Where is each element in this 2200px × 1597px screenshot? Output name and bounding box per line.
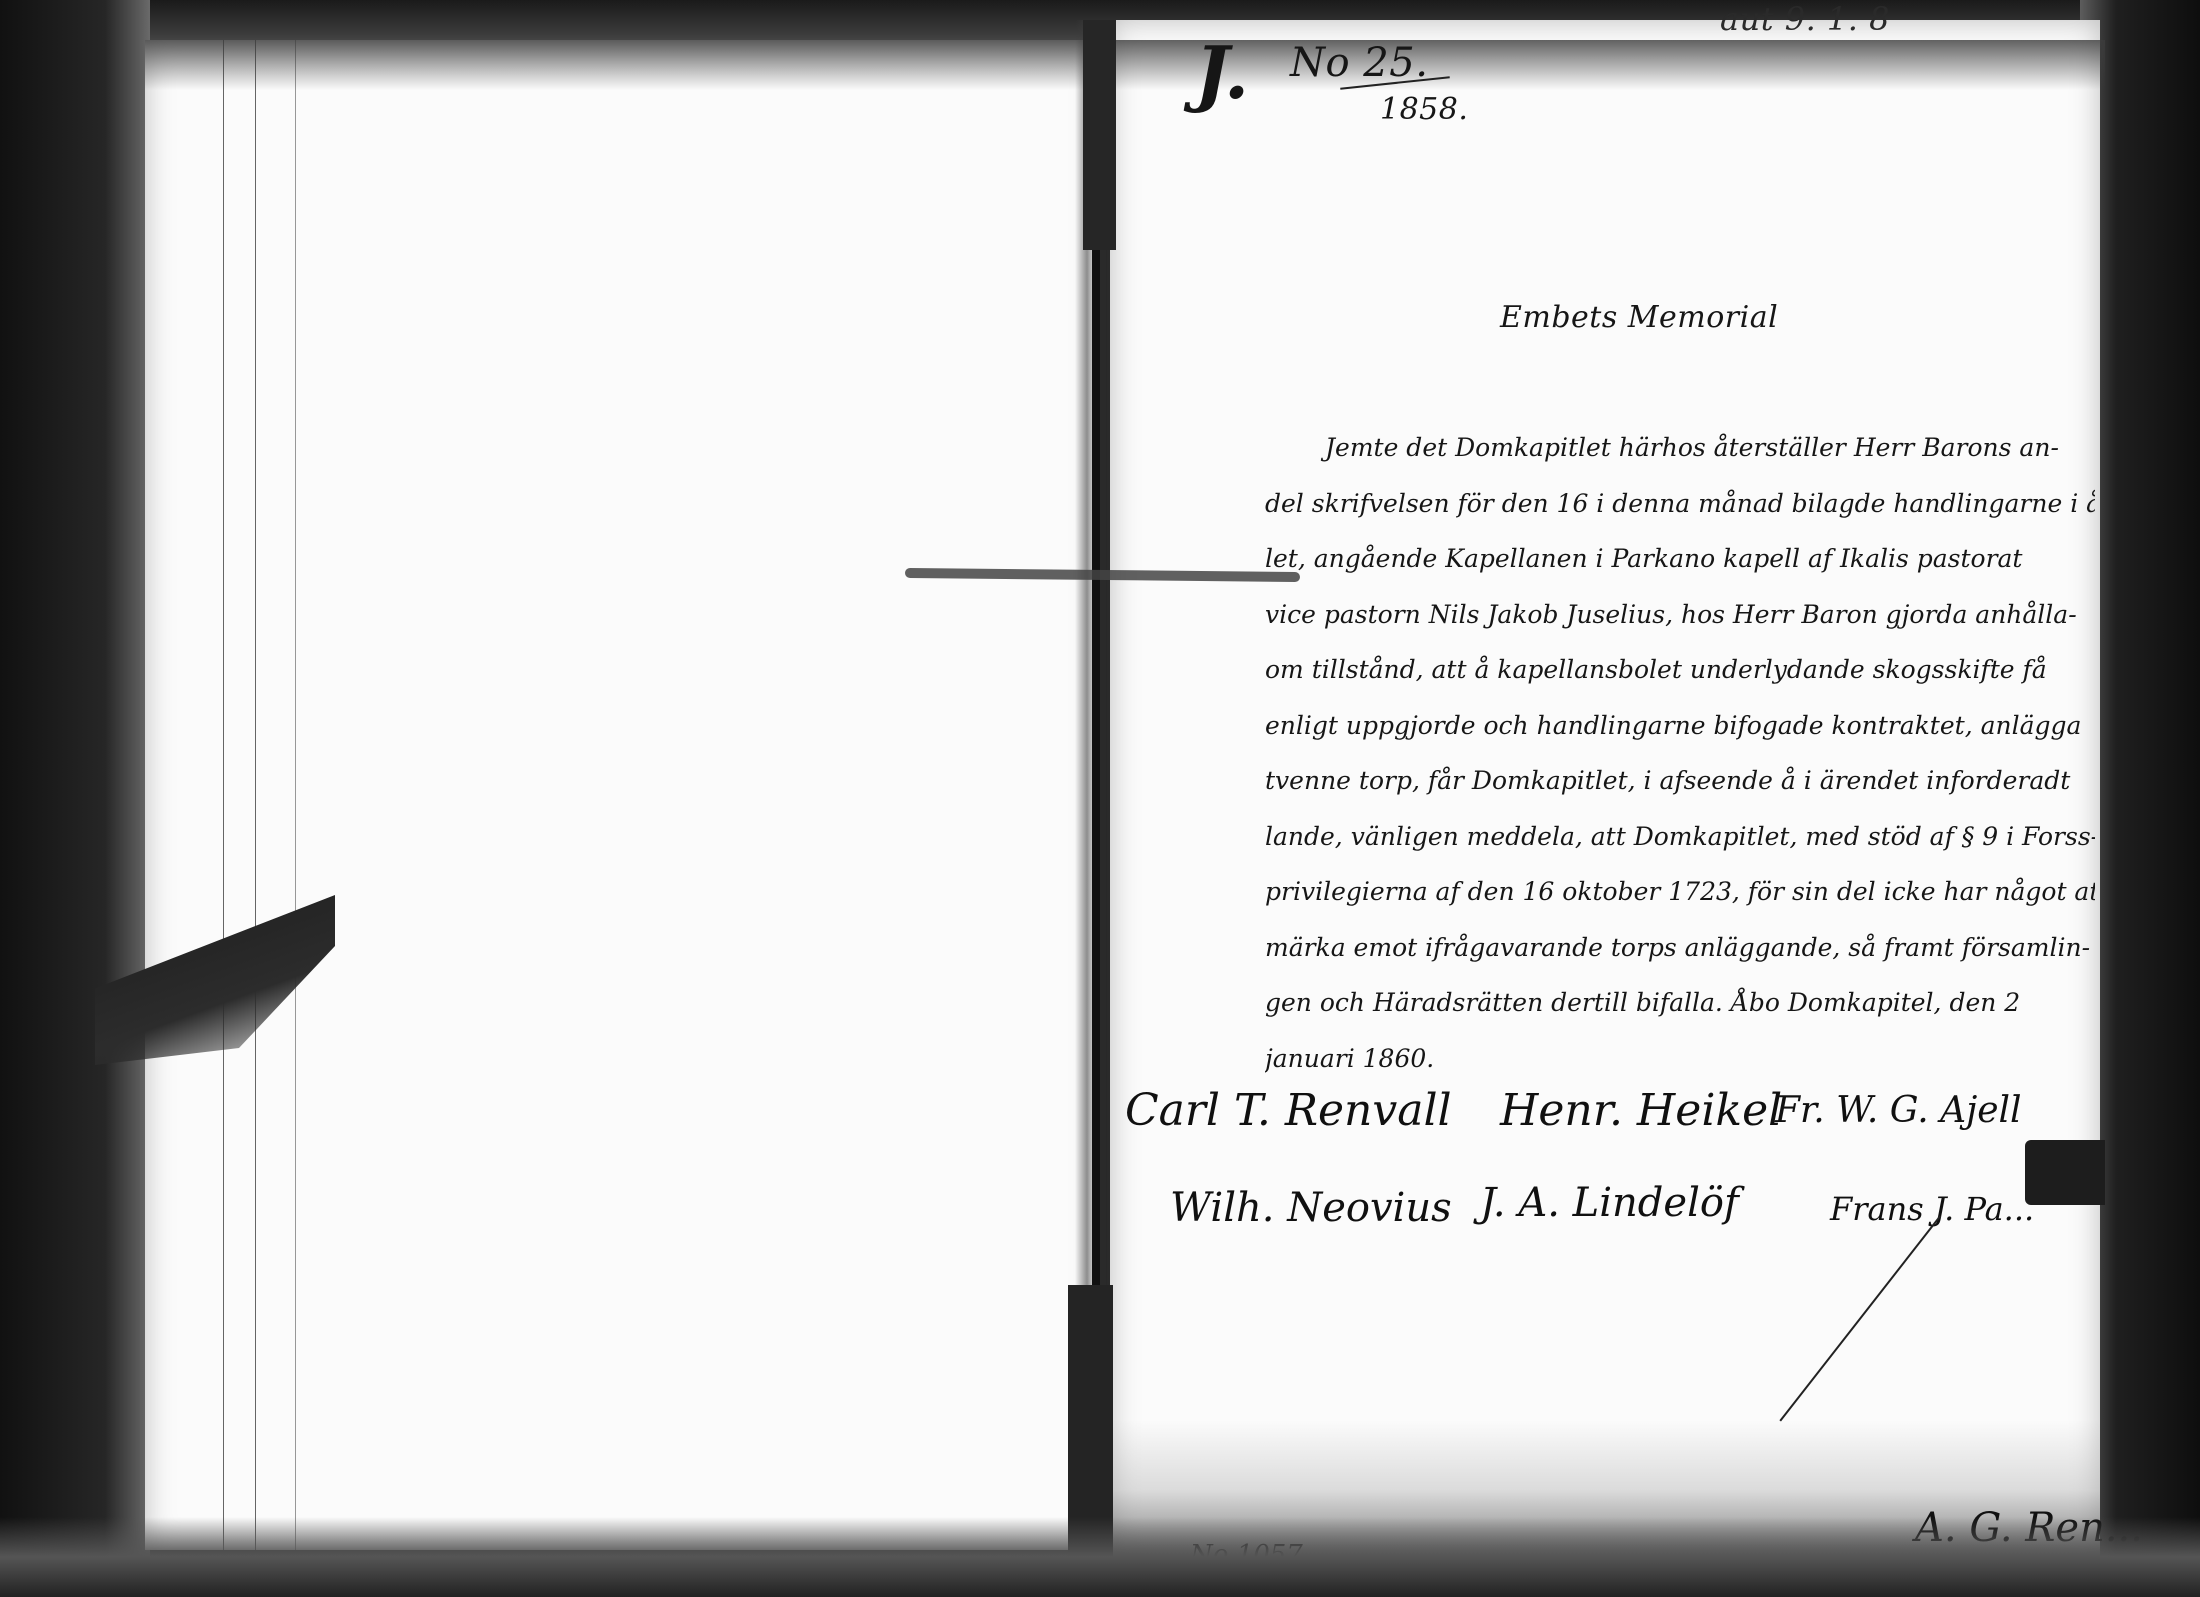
left-page-blank bbox=[145, 40, 1100, 1550]
letter-body: Jemte det Domkapitlet härhos återställer… bbox=[1265, 420, 2095, 1086]
body-line: märka emot ifrågavarande torps anläggand… bbox=[1265, 920, 2095, 976]
reference-year: 1858. bbox=[1380, 92, 1468, 127]
binding-strip-top bbox=[1083, 20, 1116, 250]
signature: Fr. W. G. Ajell bbox=[1775, 1090, 2022, 1131]
signature: Frans J. Pa... bbox=[1830, 1190, 2034, 1228]
document-title: Embets Memorial bbox=[1500, 300, 1778, 335]
margin-rule bbox=[295, 40, 296, 1550]
body-line: let, angående Kapellanen i Parkano kapel… bbox=[1265, 531, 2095, 587]
body-line: enligt uppgjorde och handlingarne bifoga… bbox=[1265, 698, 2095, 754]
body-line: vice pastorn Nils Jakob Juselius, hos He… bbox=[1265, 587, 2095, 643]
reference-number: No 25. bbox=[1290, 40, 1428, 86]
top-margin-note: aut 9. 1. 8 bbox=[1720, 0, 1890, 38]
reference-letter: J. bbox=[1195, 30, 1250, 115]
body-line: del skrifvelsen för den 16 i denna månad… bbox=[1265, 476, 2095, 532]
margin-rule bbox=[255, 40, 256, 1550]
signature: Carl T. Renvall bbox=[1125, 1085, 1452, 1136]
scanner-clamp-right bbox=[2025, 1140, 2105, 1205]
body-line: privilegierna af den 16 oktober 1723, fö… bbox=[1265, 864, 2095, 920]
body-line: gen och Häradsrätten dertill bifalla. Åb… bbox=[1265, 975, 2095, 1031]
top-shadow bbox=[145, 40, 2105, 90]
signature: J. A. Lindelöf bbox=[1480, 1180, 1739, 1226]
signature: Henr. Heikel bbox=[1500, 1085, 1782, 1136]
scan-bottom-edge bbox=[0, 1517, 2200, 1597]
signature: Wilh. Neovius bbox=[1170, 1185, 1452, 1231]
margin-rule bbox=[223, 40, 224, 1550]
body-line: om tillstånd, att å kapellansbolet under… bbox=[1265, 642, 2095, 698]
body-line: tvenne torp, får Domkapitlet, i afseende… bbox=[1265, 753, 2095, 809]
body-line: lande, vänligen meddela, att Domkapitlet… bbox=[1265, 809, 2095, 865]
scan-left-edge bbox=[0, 0, 150, 1597]
body-line: januari 1860. bbox=[1265, 1031, 2095, 1087]
body-line: Jemte det Domkapitlet härhos återställer… bbox=[1265, 420, 2095, 476]
